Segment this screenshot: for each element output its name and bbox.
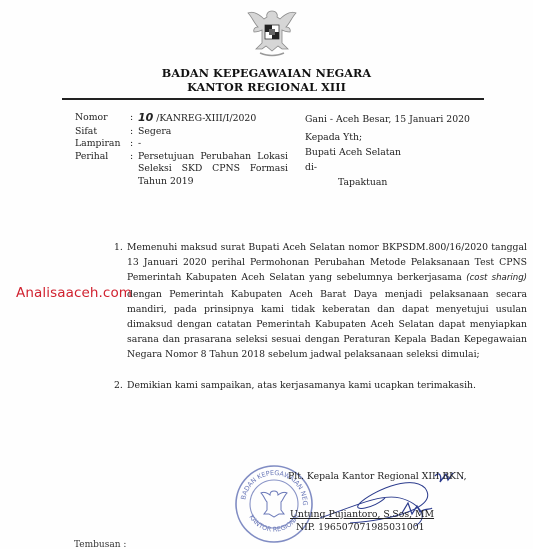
nomor-handwritten: 10 (138, 111, 153, 124)
colon: : (130, 151, 138, 189)
meta-sifat: Sifat : Segera (75, 126, 288, 139)
sifat-value: Segera (138, 126, 288, 139)
nomor-code: /KANREG-XIII/I/2020 (156, 113, 256, 124)
office-name: KANTOR REGIONAL XIII (0, 80, 533, 94)
watermark: Analisaaceh.com (16, 285, 132, 301)
signatory-nip: NIP. 196507071985031001 (296, 521, 425, 534)
letter-page: BADAN KEPEGAWAIAN NEGARA KANTOR REGIONAL… (0, 0, 533, 549)
colon: : (130, 126, 138, 139)
item-text: Memenuhi maksud surat Bupati Aceh Selata… (127, 240, 527, 363)
colon: : (130, 138, 138, 151)
garuda-emblem-icon (246, 5, 298, 59)
nomor-label: Nomor (75, 112, 130, 126)
header-divider (62, 98, 484, 100)
place-date: Gani - Aceh Besar, 15 Januari 2020 (305, 112, 470, 127)
meta-lampiran: Lampiran : - (75, 138, 288, 151)
colon: : (130, 112, 138, 126)
sifat-label: Sifat (75, 126, 130, 139)
letter-meta: Nomor : 10 /KANREG-XIII/I/2020 Sifat : S… (75, 112, 288, 189)
body-item-1: 1. Memenuhi maksud surat Bupati Aceh Sel… (127, 240, 527, 363)
signatory-name: Untung Pujiantoro, S.Sos, MM (290, 508, 434, 521)
letter-body: 1. Memenuhi maksud surat Bupati Aceh Sel… (127, 240, 527, 393)
addressee: Bupati Aceh Selatan (305, 145, 470, 160)
item-text-italic: (cost sharing) (466, 273, 527, 283)
item-text-part: dengan Pemerintah Kabupaten Aceh Barat D… (127, 289, 527, 361)
cc-label: Tembusan : (74, 540, 126, 549)
item-number: 2. (114, 378, 127, 393)
recipient-block: Gani - Aceh Besar, 15 Januari 2020 Kepad… (305, 112, 470, 190)
perihal-label: Perihal (75, 151, 130, 189)
city: Tapaktuan (305, 175, 470, 190)
meta-nomor: Nomor : 10 /KANREG-XIII/I/2020 (75, 112, 288, 126)
di-label: di- (305, 160, 470, 175)
org-name: BADAN KEPEGAWAIAN NEGARA (0, 66, 533, 80)
body-item-2: 2. Demikian kami sampaikan, atas kerjasa… (127, 378, 527, 393)
item-number: 1. (114, 240, 127, 363)
lampiran-label: Lampiran (75, 138, 130, 151)
meta-perihal: Perihal : Persetujuan Perubahan Lokasi S… (75, 151, 288, 189)
signatory-title: Plt. Kepala Kantor Regional XIII BKN, (288, 470, 467, 483)
salutation: Kepada Yth; (305, 130, 470, 145)
perihal-value: Persetujuan Perubahan Lokasi Seleksi SKD… (138, 151, 288, 189)
item-text: Demikian kami sampaikan, atas kerjasaman… (127, 378, 527, 393)
nomor-value: 10 /KANREG-XIII/I/2020 (138, 112, 288, 126)
lampiran-value: - (138, 138, 288, 151)
